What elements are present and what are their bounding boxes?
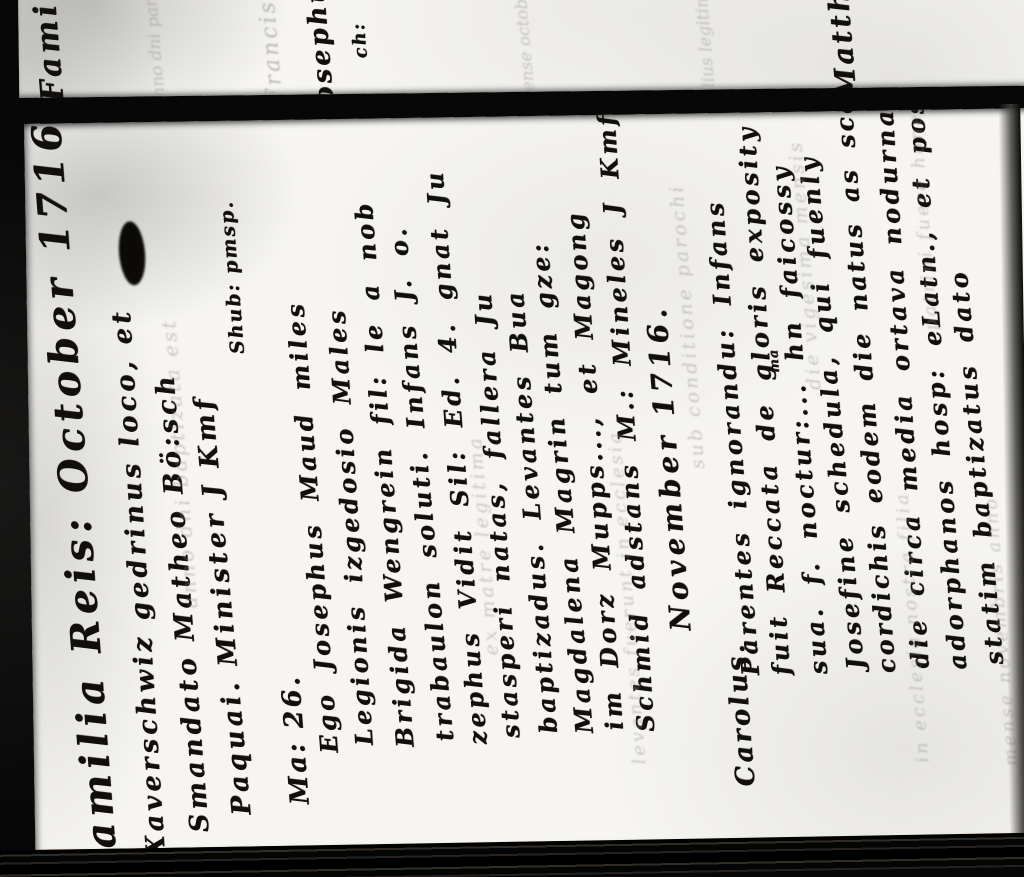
strip-handwriting-fragment: Famili xyxy=(28,0,70,98)
previous-page-edge-strip: Famili Francisci Josephus ch: Matth anno… xyxy=(18,0,1024,98)
manuscript-page: Familia Reis: October 1716 Xaverschwiz g… xyxy=(24,107,1024,850)
strip-handwriting-fragment: Francisci xyxy=(255,0,288,98)
scanned-register-photo: { "background_color": "#070707", "paper_… xyxy=(0,0,1024,877)
strip-handwriting-fragment: Matth xyxy=(824,0,861,98)
manuscript-text-block: Familia Reis: October 1716 Xaverschwiz g… xyxy=(24,107,1024,850)
heading-subscript: Shub: pmsp. xyxy=(217,200,248,355)
strip-bleedthrough-text: filius legitimus xyxy=(692,0,719,98)
strip-bleedthrough-text: anno dni parochiae xyxy=(139,0,170,98)
strip-handwriting-fragment: ch: xyxy=(350,21,371,59)
strip-handwriting-fragment: Josephus xyxy=(301,0,340,98)
strip-bleedthrough-text: mense octobris die xyxy=(509,0,539,98)
family-heading-line: Familia Reis: October 1716 xyxy=(26,116,125,849)
margin-date-note: Ma: 26. xyxy=(278,673,314,805)
